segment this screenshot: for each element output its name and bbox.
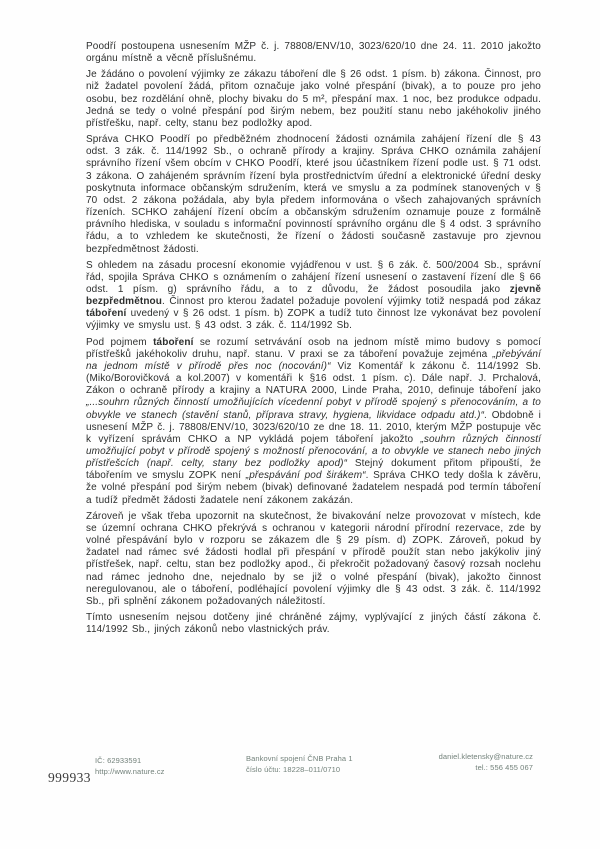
footer-ic: IČ: 62933591 [95,756,165,767]
text-run: táboření [153,337,193,348]
paragraph: Pod pojmem táboření se rozumí setrvávání… [86,337,541,507]
paragraph: S ohledem na zásadu procesní ekonomie vy… [86,260,541,333]
text-run: Pod pojmem [86,337,153,348]
text-run: uvedený v § 26 odst. 1 písm. b) ZOPK a t… [86,308,541,331]
text-run: táboření [86,308,126,319]
text-run: Správa CHKO Poodří po předběžném zhodnoc… [86,134,541,254]
paragraph: Zároveň je však třeba upozornit na skute… [86,511,541,608]
text-run: S ohledem na zásadu procesní ekonomie vy… [86,260,541,295]
footer-column-bank: Bankovní spojení ČNB Praha 1 číslo účtu:… [246,754,353,775]
footer-website: http://www.nature.cz [95,767,165,778]
footer-email: daniel.kletensky@nature.cz [439,752,533,763]
body-text: Poodří postoupena usnesením MŽP č. j. 78… [86,41,541,636]
text-run: „přespávání pod širákem“ [246,470,366,481]
paragraph: Je žádáno o povolení výjimky ze zákazu t… [86,69,541,130]
text-run: Je žádáno o povolení výjimky ze zákazu t… [86,69,541,129]
footer-column-org: IČ: 62933591 http://www.nature.cz [95,756,165,777]
text-run: Zároveň je však třeba upozornit na skute… [86,511,541,607]
text-run: Poodří postoupena usnesením MŽP č. j. 78… [86,41,541,64]
footer-bank: Bankovní spojení ČNB Praha 1 [246,754,353,765]
footer-column-contact: daniel.kletensky@nature.cz tel.: 556 455… [439,752,533,773]
paragraph: Poodří postoupena usnesením MŽP č. j. 78… [86,41,541,65]
scanned-document-page: Poodří postoupena usnesením MŽP č. j. 78… [0,0,600,849]
text-run: Tímto usnesením nejsou dotčeny jiné chrá… [86,612,541,635]
page-code: 999933 [48,770,91,786]
text-run: . Činnost pro kterou žadatel požaduje po… [162,296,541,307]
text-run: „...souhrn různých činností umožňujících… [86,397,541,420]
paragraph: Tímto usnesením nejsou dotčeny jiné chrá… [86,612,541,636]
footer-account: číslo účtu: 18228–011/0710 [246,765,353,776]
paragraph: Správa CHKO Poodří po předběžném zhodnoc… [86,134,541,256]
footer-phone: tel.: 556 455 067 [439,763,533,774]
